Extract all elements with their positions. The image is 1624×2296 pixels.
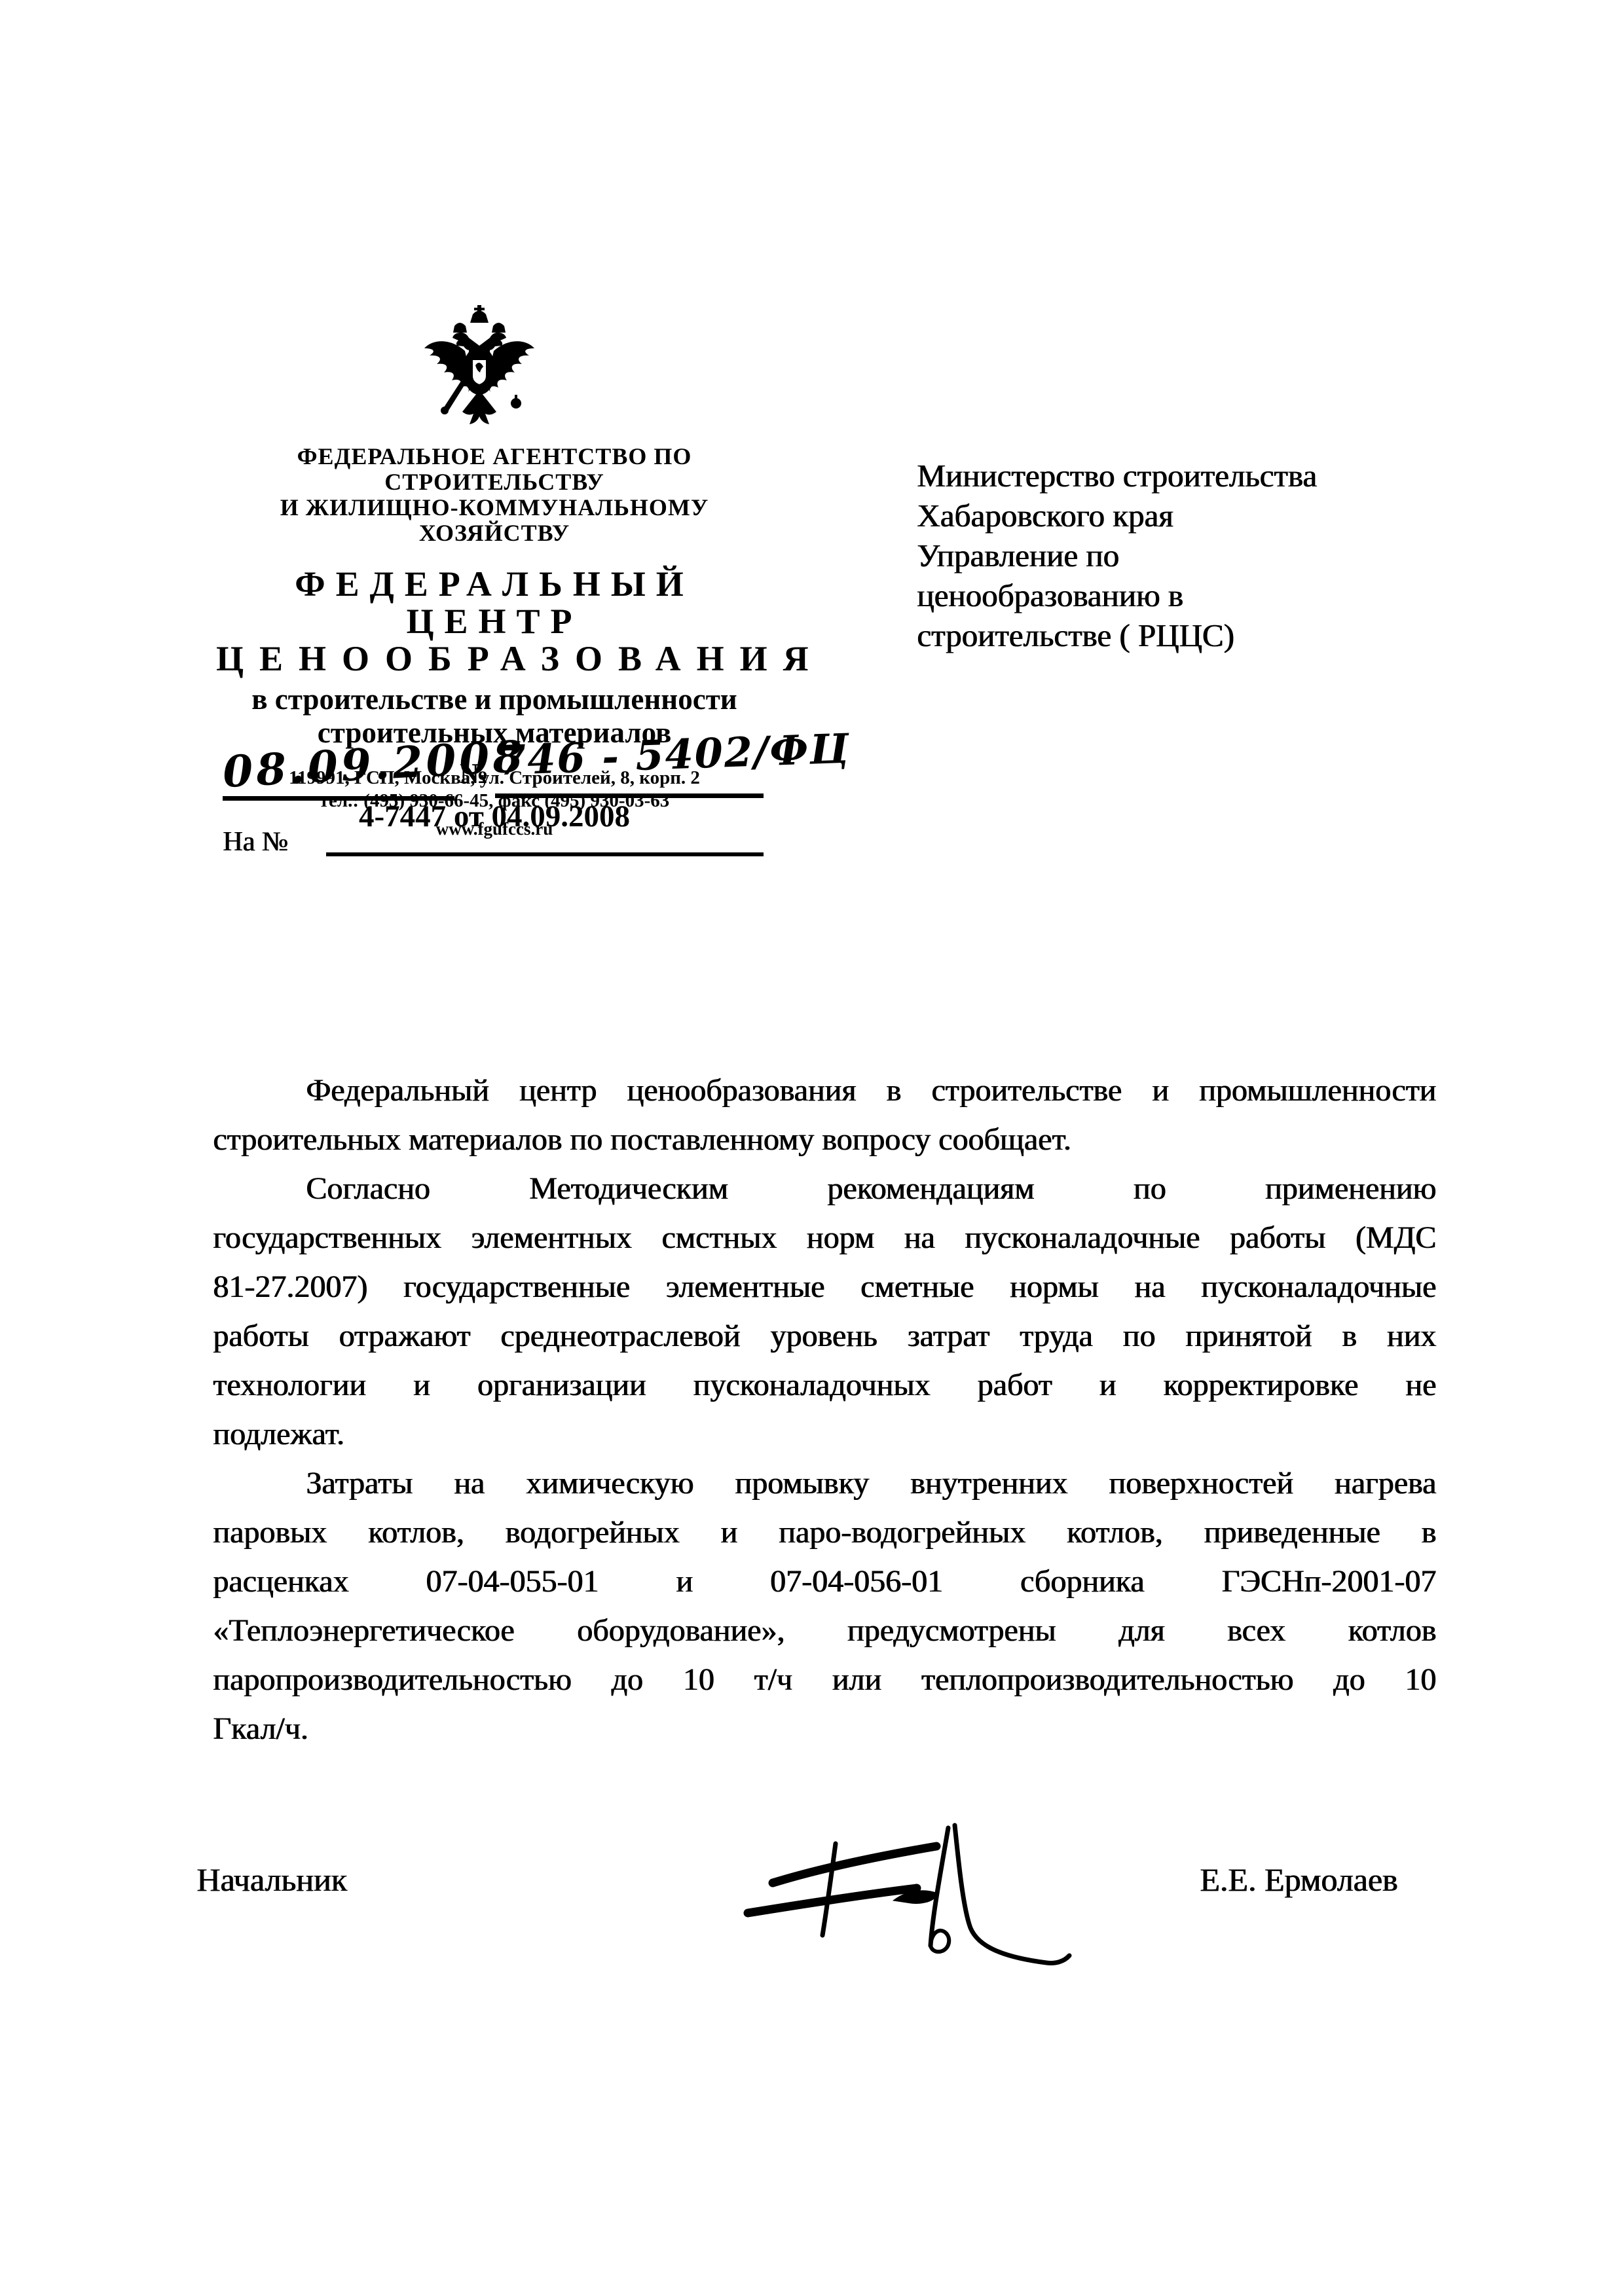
body-paragraph-3: Затраты на химическую промывку внутренни… [213,1459,1436,1753]
body-line: подлежат. [213,1410,1436,1459]
reply-to-underline [326,852,764,856]
body-line: паропроизводительностью до 10 т/ч или те… [213,1655,1436,1704]
body-line: паровых котлов, водогрейных и паро-водог… [213,1508,1436,1557]
signer-name: Е.Е. Ермолаев [1200,1861,1397,1899]
recipient-address-block: Министерство строительства Хабаровского … [917,456,1421,655]
agency-name-line1: ФЕДЕРАЛЬНОЕ АГЕНТСТВО ПО СТРОИТЕЛЬСТВУ [216,444,773,495]
body-line: Федеральный центр ценообразования в стро… [213,1066,1436,1115]
scanned-letter-page: ФЕДЕРАЛЬНОЕ АГЕНТСТВО ПО СТРОИТЕЛЬСТВУ И… [0,0,1624,2296]
handwritten-signature [739,1817,1079,1991]
body-paragraph-1: Федеральный центр ценообразования в стро… [213,1066,1436,1164]
body-paragraph-2: Согласно Методическим рекомендациям по п… [213,1164,1436,1459]
body-line: работы отражают среднеотраслевой уровень… [213,1311,1436,1360]
body-line: технологии и организации пусконаладочных… [213,1360,1436,1410]
body-line: Согласно Методическим рекомендациям по п… [213,1164,1436,1213]
body-line: расценках 07-04-055-01 и 07-04-056-01 сб… [213,1557,1436,1606]
signer-position-title: Начальник [196,1861,347,1899]
number-sign: № [460,757,489,790]
org-name-line1: ФЕДЕРАЛЬНЫЙ ЦЕНТР [216,566,773,640]
recipient-line: Хабаровского края [917,496,1421,536]
russian-coat-of-arms-icon [420,304,538,437]
agency-name-line2: И ЖИЛИЩНО-КОММУНАЛЬНОМУ ХОЗЯЙСТВУ [216,495,773,546]
number-underline [495,793,764,798]
typed-reference: 4-7447 от 04.09.2008 [216,799,773,834]
body-line: строительных материалов по поставленному… [213,1115,1436,1164]
recipient-line: Управление по [917,536,1421,575]
recipient-line: ценообразованию в [917,575,1421,615]
body-line: 81-27.2007) государственные элементные с… [213,1262,1436,1311]
body-line: Гкал/ч. [213,1704,1436,1753]
org-subtitle-line1: в строительстве и промышленности [216,683,773,716]
recipient-line: Министерство строительства [917,456,1421,496]
letter-body: Федеральный центр ценообразования в стро… [213,1066,1436,1753]
recipient-line: строительстве ( РЦЦС) [917,615,1421,655]
reply-to-label: На № [223,826,288,858]
body-line: «Теплоэнергетическое оборудование», пред… [213,1606,1436,1655]
org-name-line2: ЦЕНООБРАЗОВАНИЯ [216,640,773,678]
body-line: государственных элементных смстных норм … [213,1213,1436,1262]
body-line: Затраты на химическую промывку внутренни… [213,1459,1436,1508]
